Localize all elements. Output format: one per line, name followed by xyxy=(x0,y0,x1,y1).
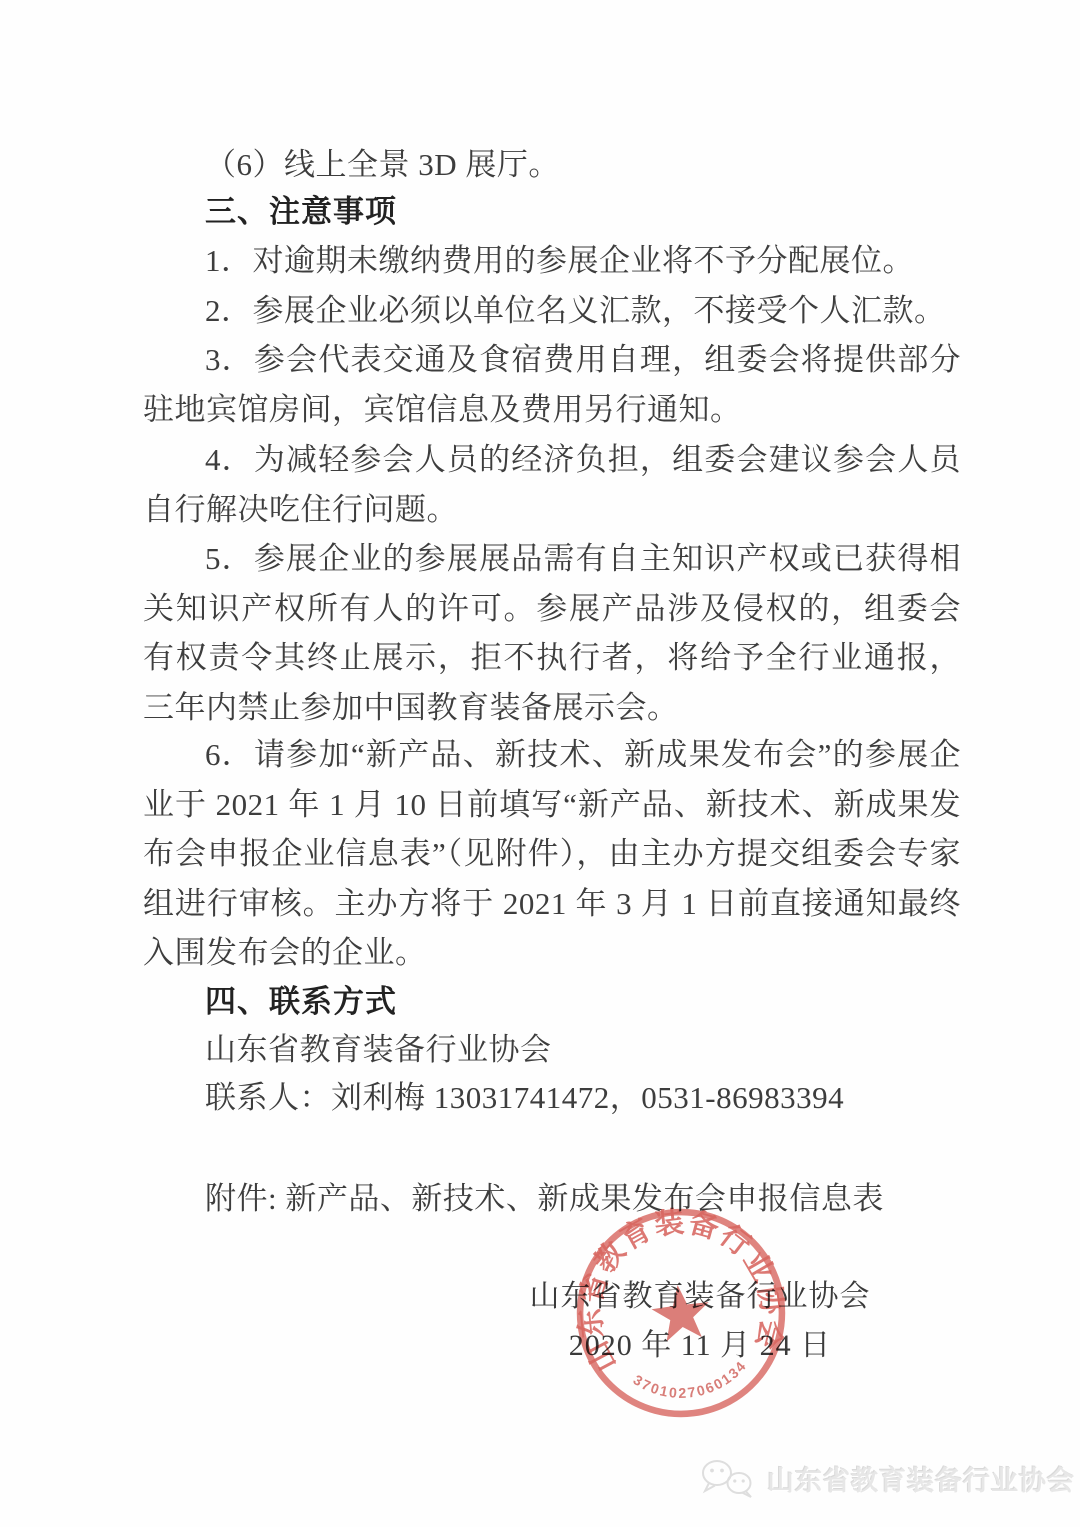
note-item-5: 5．参展企业的参展展品需有自主知识产权或已获得相关知识产权所有人的许可。参展产品… xyxy=(143,534,961,732)
attachment-line: 附件: 新产品、新技术、新成果发布会申报信息表 xyxy=(143,1174,961,1224)
contact-org-name: 山东省教育装备行业协会 xyxy=(143,1025,961,1075)
note-item-2: 2．参展企业必须以单位名义汇款，不接受个人汇款。 xyxy=(143,286,961,336)
section-heading-notes: 三、注意事项 xyxy=(205,187,397,237)
wechat-icon xyxy=(696,1457,758,1499)
note-item-1: 1．对逾期未缴纳费用的参展企业将不予分配展位。 xyxy=(143,236,961,286)
signature-date: 2020 年 11 月 24 日 xyxy=(420,1321,980,1370)
footer-watermark-text: 山东省教育装备行业协会 xyxy=(767,1459,1075,1498)
document-page: （6）线上全景 3D 展厅。 三、注意事项 1．对逾期未缴纳费用的参展企业将不予… xyxy=(0,0,1080,1527)
footer-watermark: 山东省教育装备行业协会 xyxy=(696,1454,1075,1502)
signature-org: 山东省教育装备行业协会 xyxy=(420,1272,980,1321)
note-item-4: 4．为减轻参会人员的经济负担，组委会建议参会人员自行解决吃住行问题。 xyxy=(143,435,961,534)
note-item-3: 3．参会代表交通及食宿费用自理，组委会将提供部分驻地宾馆房间，宾馆信息及费用另行… xyxy=(143,335,961,434)
list-item-6-online-hall: （6）线上全景 3D 展厅。 xyxy=(143,140,961,190)
signature-block: 山东省教育装备行业协会 2020 年 11 月 24 日 xyxy=(420,1272,980,1370)
contact-person-line: 联系人：刘利梅 13031741472，0531-86983394 xyxy=(143,1073,961,1123)
section-heading-contact: 四、联系方式 xyxy=(205,977,397,1027)
note-item-6: 6．请参加“新产品、新技术、新成果发布会”的参展企业于 2021 年 1 月 1… xyxy=(143,730,961,978)
